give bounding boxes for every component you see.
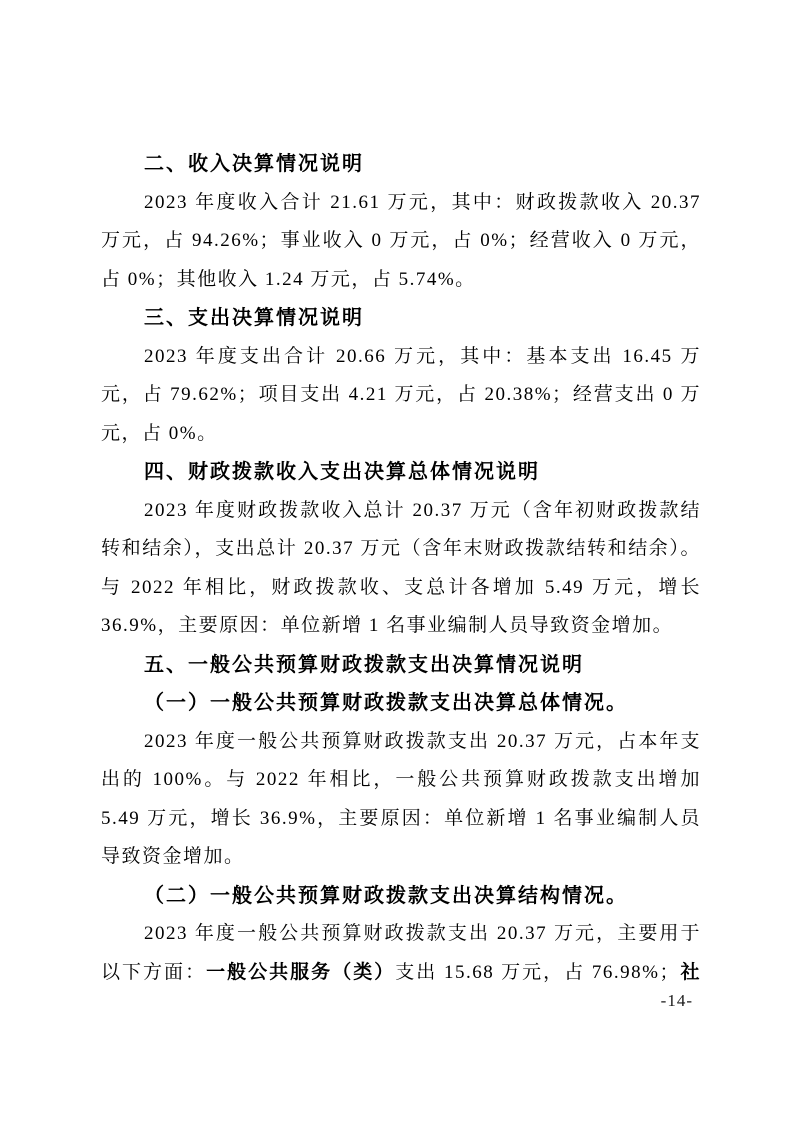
heading-general-budget-section: 五、一般公共预算财政拨款支出决算情况说明 xyxy=(101,646,701,685)
heading-income-section: 二、收入决算情况说明 xyxy=(101,145,701,184)
paragraph-expenditure: 2023 年度支出合计 20.66 万元，其中：基本支出 16.45 万元，占 … xyxy=(101,338,701,454)
text-run-bold-continuation: 社 xyxy=(680,962,701,983)
paragraph-structure-situation: 2023 年度一般公共预算财政拨款支出 20.37 万元，主要用于以下方面：一般… xyxy=(101,915,701,992)
heading-fiscal-overview-section: 四、财政拨款收入支出决算总体情况说明 xyxy=(101,453,701,492)
subheading-structure-situation: （二）一般公共预算财政拨款支出决算结构情况。 xyxy=(101,877,701,916)
text-run-bold-category: 一般公共服务（类） xyxy=(206,962,395,983)
page-number: -14- xyxy=(661,991,693,1011)
paragraph-overall-situation: 2023 年度一般公共预算财政拨款支出 20.37 万元，占本年支出的 100%… xyxy=(101,723,701,877)
paragraph-income: 2023 年度收入合计 21.61 万元，其中：财政拨款收入 20.37 万元，… xyxy=(101,184,701,300)
text-run-normal: 支出 15.68 万元，占 76.98%； xyxy=(395,962,680,983)
document-body: 二、收入决算情况说明 2023 年度收入合计 21.61 万元，其中：财政拨款收… xyxy=(101,145,701,992)
document-page: 二、收入决算情况说明 2023 年度收入合计 21.61 万元，其中：财政拨款收… xyxy=(0,0,793,1122)
paragraph-fiscal-overview: 2023 年度财政拨款收入总计 20.37 万元（含年初财政拨款结转和结余），支… xyxy=(101,492,701,646)
heading-expenditure-section: 三、支出决算情况说明 xyxy=(101,299,701,338)
subheading-overall-situation: （一）一般公共预算财政拨款支出决算总体情况。 xyxy=(101,684,701,723)
